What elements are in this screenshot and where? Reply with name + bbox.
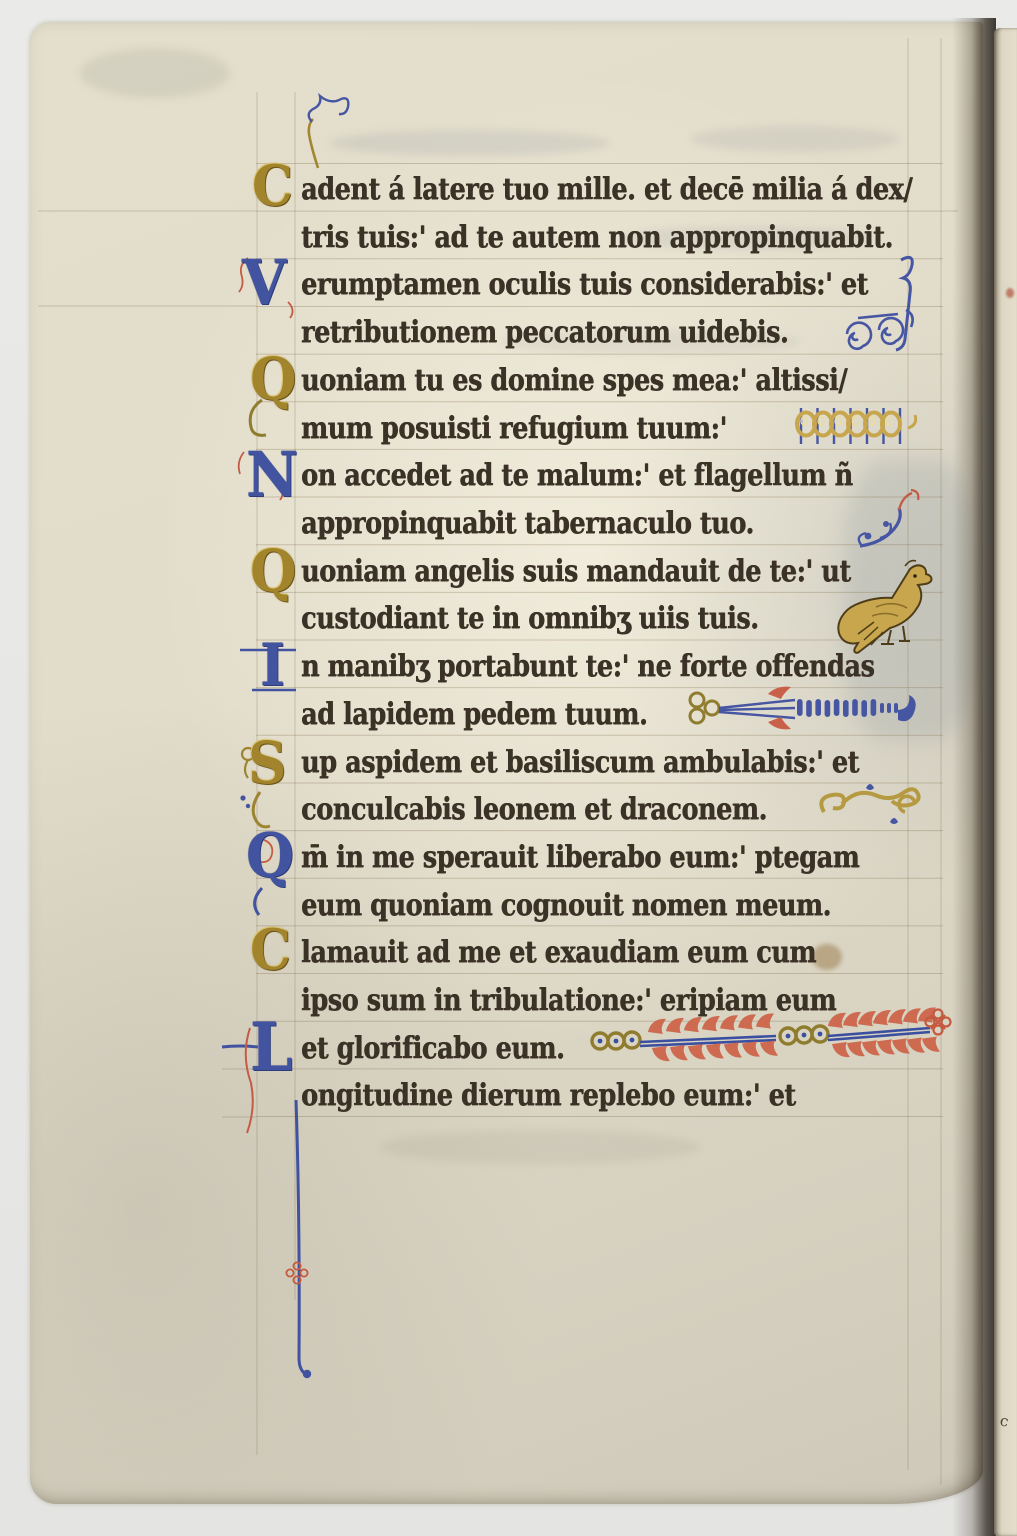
text-line: uoniam angelis suis mandauit de te:' ut <box>301 545 851 592</box>
initial-letter: I <box>260 636 285 694</box>
initial-letter: Q <box>250 350 296 408</box>
initial-letter: C <box>250 922 291 978</box>
gold-blue-red-comb-line-filler <box>690 687 916 730</box>
text-line: tris tuis:' ad te autem non appropinquab… <box>301 211 893 258</box>
text-line: m̄ in me sperauit liberabo eum:' ptegam <box>301 831 859 878</box>
text-line: lamauit ad me et exaudiam eum cum <box>301 926 816 973</box>
next-page-colored-speck <box>1006 288 1014 298</box>
next-page-edge <box>994 28 1017 1536</box>
text-line: on accedet ad te malum:' et flagellum ñ <box>301 449 853 496</box>
initial-letter: Q <box>250 542 296 600</box>
text-line: custodiant te in omnibʒ uiis tuis. <box>301 592 759 639</box>
text-line: n manibʒ portabunt te:' ne forte offenda… <box>301 640 874 687</box>
text-line: ongitudine dierum replebo eum:' et <box>301 1069 796 1116</box>
initial-letter: C <box>252 158 293 214</box>
initial-letter: S <box>248 734 287 792</box>
text-line: conculcabis leonem et draconem. <box>301 783 767 830</box>
text-line: eum quoniam cognouit nomen meum. <box>301 879 831 926</box>
text-line: adent á latere tuo mille. et decē milia … <box>301 163 912 210</box>
text-line: et glorificabo eum. <box>301 1022 564 1069</box>
text-line: uoniam tu es domine spes mea:' altissi/ <box>301 354 847 401</box>
text-line: ad lapidem pedem tuum. <box>301 688 647 735</box>
text-line: appropinquabit tabernaculo tuo. <box>301 497 754 544</box>
manuscript-scan: adent á latere tuo mille. et decē milia … <box>0 0 1017 1536</box>
blue-red-foliate-sprig <box>859 490 919 546</box>
text-line: ipso sum in tribulatione:' eripiam eum <box>301 974 836 1021</box>
gold-chain-line-filler <box>797 408 916 444</box>
text-line: erumptamen oculis tuis considerabis:' et <box>301 258 868 305</box>
initial-letter: Q <box>246 826 294 886</box>
initial-letter: V <box>242 252 286 314</box>
blue-pen-flourish-line3 <box>896 257 912 350</box>
text-line: retributionem peccatorum uidebis. <box>301 306 788 353</box>
initial-letter: L <box>250 1014 293 1080</box>
gold-vine-line-filler <box>821 784 918 824</box>
gutter-shadow <box>952 18 996 1536</box>
text-line: up aspidem et basiliscum ambulabis:' et <box>301 736 859 783</box>
gold-bird-drollery <box>838 561 931 653</box>
text-line: mum posuisti refugium tuum:' <box>301 402 727 449</box>
initial-letter: N <box>246 444 298 506</box>
top-pen-flourish <box>309 96 349 168</box>
